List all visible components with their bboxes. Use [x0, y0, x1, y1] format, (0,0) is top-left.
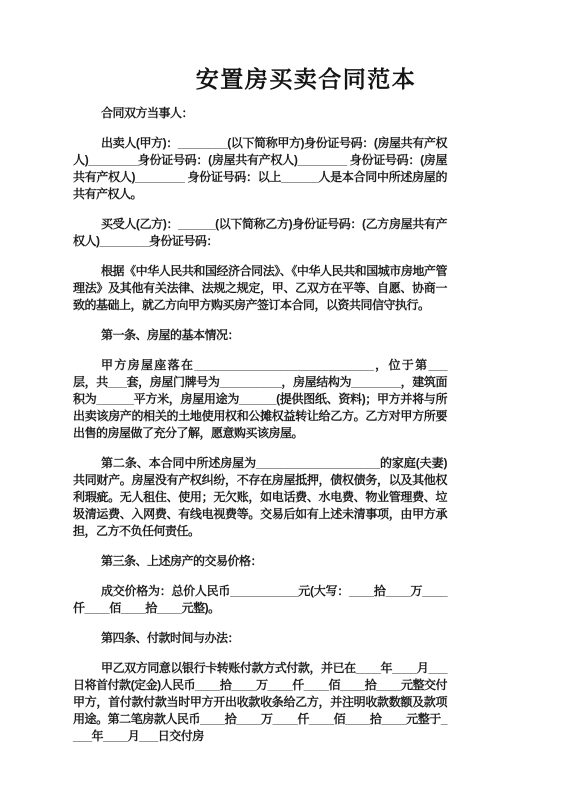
- clause-2-body-paragraph: 第二条、本合同中所述房屋为____________________的家庭(夫妻)…: [73, 455, 447, 540]
- contract-body: 合同双方当事人： 出卖人(甲方)：________(以下简称甲方)身份证号码：(…: [73, 105, 447, 745]
- contract-document-page: 安置房买卖合同范本 合同双方当事人： 出卖人(甲方)：________(以下简称…: [0, 0, 566, 800]
- legal-basis-paragraph: 根据《中华人民共和国经济合同法》、《中华人民共和国城市房地产管理法》及其他有关法…: [73, 263, 447, 314]
- clause-4-body-paragraph: 甲乙双方同意以银行卡转账付款方式付款，并已在____年____月___日将首付款…: [73, 660, 447, 745]
- contract-document: 安置房买卖合同范本 合同双方当事人： 出卖人(甲方)：________(以下简称…: [73, 64, 447, 758]
- seller-clause-paragraph: 出卖人(甲方)：________(以下简称甲方)身份证号码：(房屋共有产权人)_…: [73, 135, 447, 203]
- document-title: 安置房买卖合同范本: [165, 64, 447, 96]
- clause-3-heading: 第三条、上述房产的交易价格：: [73, 553, 447, 570]
- parties-label: 合同双方当事人：: [73, 105, 447, 122]
- clause-4-heading: 第四条、付款时间与办法：: [73, 630, 447, 647]
- buyer-clause-paragraph: 买受人(乙方)：______(以下简称乙方)身份证号码：(乙方房屋共有产权人)_…: [73, 216, 447, 250]
- clause-1-heading: 第一条、房屋的基本情况：: [73, 327, 447, 344]
- clause-3-body-paragraph: 成交价格为：总价人民币___________元(大写：____拾____万___…: [73, 583, 447, 617]
- clause-1-body-paragraph: 甲方房屋座落在_____________________________，位于第…: [73, 357, 447, 442]
